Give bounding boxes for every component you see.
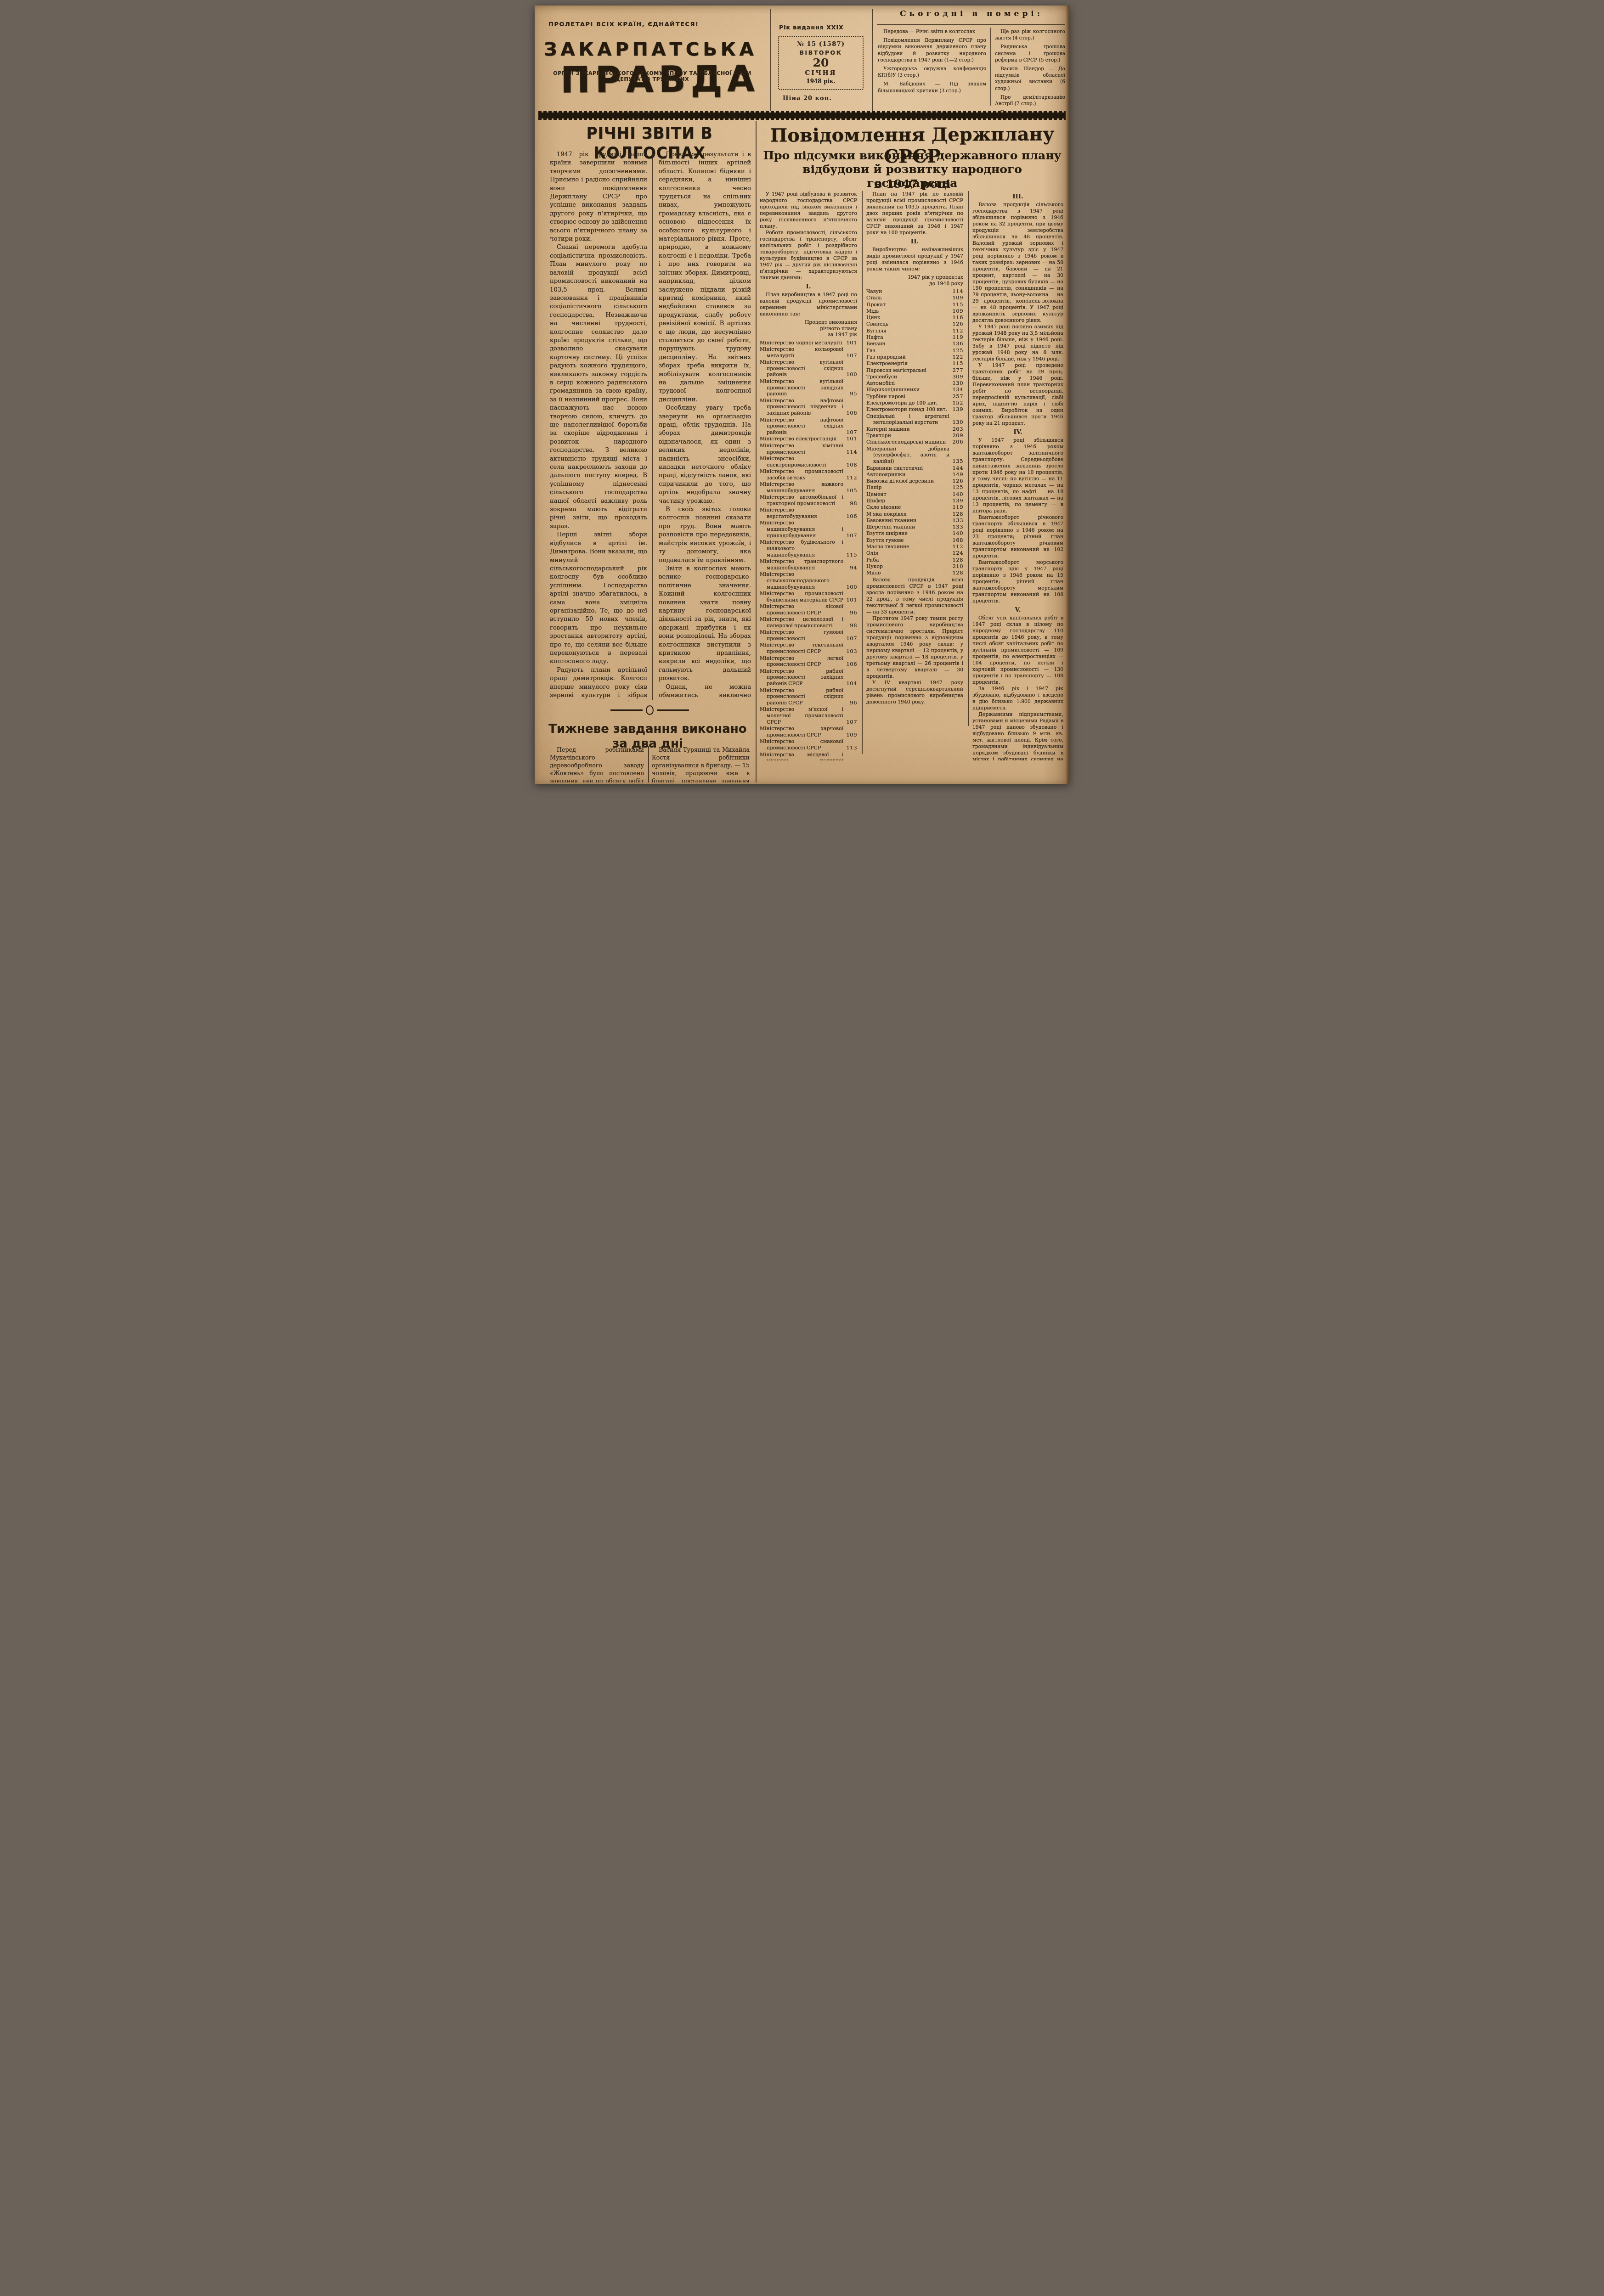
product-name: Мінеральні добрива (суперфосфат, азотні … (866, 446, 949, 465)
report-paragraph: Обсяг усіх капітальних робіт в 1947 році… (972, 615, 1063, 686)
product-value: 115 (953, 302, 963, 308)
report-column-c: III. Валова продукція сільського господа… (972, 191, 1063, 760)
product-row: Газ 125 (866, 348, 963, 354)
product-name: Цемент (866, 491, 887, 497)
ministry-row: Міністерство хімічної промисловості 114 (760, 443, 857, 456)
product-value: 125 (953, 484, 963, 491)
ministry-row: Міністерство вугільної промисловості схі… (760, 359, 857, 378)
product-value: 133 (953, 524, 963, 530)
product-row: Мідь 109 (866, 308, 963, 315)
report-subtitle-year: в 1947 році (761, 177, 1064, 191)
product-name: Бензин (866, 341, 886, 347)
ministry-name: Міністерство електропромисловості (760, 456, 826, 468)
product-value: 210 (953, 563, 963, 570)
ministry-name: Міністерство будівельного і шляхового ма… (760, 539, 843, 558)
product-value: 136 (953, 341, 963, 347)
product-row: Бавовняні тканини 133 (866, 518, 963, 524)
ministry-value: 103 (847, 648, 857, 655)
report-section-5: V. (972, 607, 1063, 613)
ministry-name: Міністерство важкого машинобудування (760, 481, 843, 494)
ministry-value: 100 (847, 584, 857, 591)
product-row: Шарикопідшипники 134 (866, 387, 963, 393)
product-row: Мило 128 (866, 570, 963, 576)
ministry-name: Міністерство кольорової металургії (760, 346, 843, 359)
ministry-name: Міністерство промисловості засобів зв'яз… (760, 468, 843, 481)
report-paragraph: Виробництво найважливіших видів промисло… (866, 247, 963, 272)
report-paragraph: У 1947 році відбудова й розвиток народно… (760, 191, 857, 230)
newspaper-front-page: ПРОЛЕТАРІ ВСІХ КРАЇН, ЄДНАЙТЕСЯ! ЗАКАРПА… (535, 6, 1069, 784)
product-row: Вивозка ділової деревини 126 (866, 478, 963, 484)
product-row: Масло тваринне 112 (866, 544, 963, 550)
ministry-row: Міністерство целюлозної і паперової пром… (760, 616, 857, 629)
ministry-row: Міністерство електростанцій 101 (760, 436, 857, 442)
product-value: 119 (953, 334, 963, 341)
ministry-name: Міністерство целюлозної і паперової пром… (760, 616, 843, 629)
page-right-edge-shadow (1066, 6, 1069, 784)
divider-date-today (872, 9, 873, 111)
ministry-name: Міністерство гумової промисловості (760, 629, 843, 642)
product-name: Газ природний (866, 354, 906, 360)
ministry-row: Міністерство промисловості засобів зв'яз… (760, 468, 857, 481)
product-value: 128 (953, 511, 963, 518)
product-name: Мило (866, 570, 881, 576)
ministry-row: Міністерство харчової промисловості СРСР… (760, 726, 857, 738)
lead-paragraph: Славні перемоги здобула соціалістична пр… (550, 243, 647, 531)
product-value: 109 (953, 295, 963, 301)
ministry-name: Міністерства місцевої і місцевої паливно… (760, 752, 843, 761)
product-row: Спеціальні і агрегатні металорізальні ве… (866, 413, 963, 426)
lead-article-column-1: 1947 рік трудящі нашої країни завершили … (550, 151, 647, 701)
ministry-name: Міністерство рибної промисловості східни… (760, 687, 843, 706)
ministry-value: 106 (847, 513, 857, 520)
today-item: Повідомлення Держплану СРСР про підсумки… (878, 37, 986, 63)
ministry-row: Міністерство лісової промисловості СРСР … (760, 603, 857, 616)
product-row: Сільськогосподарські машини 206 (866, 439, 963, 445)
product-value: 139 (953, 406, 963, 413)
ministry-name: Міністерство лісової промисловості СРСР (760, 603, 843, 616)
report-paragraph: У 1947 році посіяно озимих під урожай 19… (972, 324, 1063, 362)
product-row: Вугілля 112 (866, 328, 963, 334)
product-row: Взуття шкіряне 140 (866, 530, 963, 537)
report-column-a: У 1947 році відбудова й розвиток народно… (760, 191, 857, 760)
today-item: Радянська грошова система і грошова рефо… (995, 44, 1065, 63)
issue-price: Ціна 20 коп. (783, 95, 861, 102)
ministry-name: Міністерство текстильної промисловості С… (760, 642, 843, 654)
ministry-value: 109 (847, 732, 857, 738)
ministry-name: Міністерство легкої промисловості СРСР (760, 655, 843, 668)
product-name: Масло тваринне (866, 544, 909, 550)
today-item: Ужгородська окружна конференція КП(б)У (… (878, 66, 986, 79)
report-paragraph: Вантажооборот морського транспорту зріс … (972, 559, 1063, 604)
product-name: Електромотори понад 100 квт. (866, 406, 947, 412)
ministry-row: Міністерство нафтової промисловості схід… (760, 417, 857, 436)
ministries-table: Міністерство чорної металургії 101 Мініс… (760, 340, 857, 761)
ministry-row: Міністерство рибної промисловості східни… (760, 687, 857, 706)
ministry-value: 113 (847, 745, 857, 751)
report-column-b: План на 1947 рік по валовій продукції вс… (866, 191, 963, 760)
lead-paragraph: 1947 рік трудящі нашої країни завершили … (550, 151, 647, 243)
ministry-name: Міністерство хімічної промисловості (760, 443, 843, 455)
ministry-value: 108 (847, 462, 857, 468)
ministry-value: 106 (847, 661, 857, 668)
products-table-header: 1947 рік у процентах до 1946 року (866, 274, 963, 287)
report-paragraph: У 1947 році проведено тракторних робіт н… (972, 362, 1063, 427)
report-section-2: II. (866, 238, 963, 245)
product-name: Турбіни парові (866, 394, 905, 400)
ministry-value: 96 (850, 610, 857, 616)
divider-lead-report (756, 121, 757, 782)
product-name: Газ (866, 348, 875, 354)
report-section-4: IV. (972, 429, 1063, 435)
ministry-name: Міністерство нафтової промисловості схід… (760, 417, 843, 436)
week-paragraph: Перед робітниками Мукачівського деревооб… (550, 746, 644, 782)
product-value: 114 (953, 288, 963, 295)
ministry-value: 105 (847, 488, 857, 494)
product-name: Катерні машини (866, 426, 910, 432)
ministry-name: Міністерство рибної промисловості західн… (760, 668, 843, 687)
report-paragraph: За 1946 рік і 1947 рік збудовано, відбуд… (972, 686, 1063, 711)
ministry-row: Міністерство будівельного і шляхового ма… (760, 539, 857, 558)
product-value: 112 (953, 544, 963, 550)
product-name: Шифер (866, 498, 885, 504)
product-row: Цукор 210 (866, 563, 963, 570)
product-value: 206 (953, 439, 963, 445)
product-value: 109 (953, 308, 963, 315)
product-name: Свинець (866, 321, 888, 327)
product-name: Шарикопідшипники (866, 387, 920, 393)
product-value: 134 (953, 387, 963, 393)
product-value: 140 (953, 491, 963, 498)
ministry-value: 101 (847, 340, 857, 346)
ornament-line-left (610, 709, 643, 711)
product-row: Цемент 140 (866, 491, 963, 498)
product-row: Барвники синтетичні 144 (866, 465, 963, 472)
product-value: 112 (953, 328, 963, 334)
ministry-name: Міністерство промисловості будівельних м… (760, 591, 843, 603)
today-item: М. Бабідорич — Під знаком більшовицької … (878, 81, 986, 94)
product-value: 130 (953, 419, 963, 426)
report-paragraph: Валова продукція всієї промисловості СРС… (866, 577, 963, 615)
product-row: Трактори 209 (866, 433, 963, 439)
product-row: Цинк 116 (866, 315, 963, 321)
ministry-name: Міністерство автомобільної і тракторної … (760, 494, 843, 506)
ministry-row: Міністерство транспортного машинобудуван… (760, 558, 857, 571)
lead-paragraph: Звіти в колгоспах мають велике господарс… (659, 565, 751, 683)
product-row: М'яка покрівля 128 (866, 511, 963, 518)
lead-paragraph: Перші звітні збори відбулися в артілі ім… (550, 531, 647, 666)
product-row: Папір 125 (866, 484, 963, 491)
ministry-row: Міністерство електропромисловості 108 (760, 456, 857, 468)
week-paragraph: Василя Туряниці та Михайла Костя робітни… (652, 746, 750, 782)
product-value: 130 (953, 380, 963, 387)
report-col-b-bottom: Валова продукція всієї промисловості СРС… (866, 577, 963, 705)
report-paragraph: У IV кварталі 1947 року досягнутий серед… (866, 680, 963, 705)
product-row: Свинець 126 (866, 321, 963, 327)
ministry-value: 95 (850, 391, 857, 397)
product-row: Чавун 114 (866, 288, 963, 295)
product-value: 128 (953, 570, 963, 576)
ministry-name: Міністерство чорної металургії (760, 340, 842, 346)
report-section-1: I. (760, 283, 857, 290)
ministry-value: 98 (850, 501, 857, 507)
ministry-row: Міністерство легкої промисловості СРСР 1… (760, 655, 857, 668)
product-row: Автомобілі 130 (866, 380, 963, 387)
report-paragraph: Валова продукція сільського господарства… (972, 202, 1063, 324)
ministry-value: 107 (847, 353, 857, 359)
ministry-row: Міністерство гумової промисловості 107 (760, 629, 857, 642)
ministry-value: 100 (847, 371, 857, 378)
product-row: Катерні машини 263 (866, 426, 963, 433)
section-ornament (590, 705, 709, 715)
product-row: Прокат 115 (866, 302, 963, 308)
today-item: Передова — Річні звіти в колгоспах (878, 28, 986, 35)
product-row: Бензин 136 (866, 341, 963, 347)
report-col-c-s3: Валова продукція сільського господарства… (972, 202, 1063, 427)
week-article-column-2: Василя Туряниці та Михайла Костя робітни… (652, 746, 750, 782)
product-name: Сільськогосподарські машини (866, 439, 946, 445)
product-value: 133 (953, 518, 963, 524)
ministry-row: Міністерство смакової промисловості СРСР… (760, 738, 857, 751)
product-value: 139 (953, 498, 963, 504)
week-article-column-1: Перед робітниками Мукачівського деревооб… (550, 746, 644, 782)
ministry-value: 101 (847, 436, 857, 442)
product-name: Електромотори до 100 квт. (866, 400, 938, 406)
ministry-name: Міністерство верстатобудування (760, 507, 817, 519)
ornament-circle (646, 705, 654, 715)
today-in-issue-header: Сьогодні в номері: (877, 9, 1066, 18)
product-name: Скло віконне (866, 504, 901, 510)
ministry-value: 94 (850, 565, 857, 571)
ministry-value: 107 (847, 719, 857, 726)
issue-weekday: ВІВТОРОК (779, 49, 863, 56)
product-name: Трактори (866, 433, 891, 439)
report-plan-text: План виробництва в 1947 році по валовій … (760, 292, 857, 317)
product-row: Взуття гумове 168 (866, 537, 963, 544)
divider-report-col-b-c (968, 191, 969, 726)
product-value: 144 (953, 465, 963, 472)
ministry-value: 96 (850, 700, 857, 706)
product-name: Сталь (866, 295, 881, 301)
product-row: Автопокришки 149 (866, 472, 963, 478)
ministry-value: 112 (847, 475, 857, 481)
ministry-name: Міністерство транспортного машинобудуван… (760, 558, 843, 571)
lead-paragraph: Радують плани артільної праці димитровці… (550, 666, 647, 701)
product-name: Взуття шкіряне (866, 530, 908, 536)
ministry-value: 107 (847, 533, 857, 539)
ministry-name: Міністерство харчової промисловості СРСР (760, 726, 843, 738)
ministry-name: Міністерство сільськогосподарського маши… (760, 571, 830, 590)
product-name: Чавун (866, 288, 882, 294)
product-value: 140 (953, 530, 963, 537)
product-value: 124 (953, 550, 963, 557)
report-paragraph: У 1947 році збільшився порівняно з 1946 … (972, 437, 1063, 514)
ministry-value: 104 (847, 681, 857, 687)
product-name: Прокат (866, 302, 886, 308)
product-row: Турбіни парові 257 (866, 394, 963, 400)
product-row: Газ природний 122 (866, 354, 963, 360)
product-row: Шифер 139 (866, 498, 963, 504)
product-row: Мінеральні добрива (суперфосфат, азотні … (866, 446, 963, 465)
product-value: 149 (953, 472, 963, 478)
product-row: Шерстяні тканини 133 (866, 524, 963, 530)
product-value: 257 (953, 394, 963, 400)
product-name: Риба (866, 557, 879, 563)
product-value: 277 (953, 367, 963, 374)
ministry-name: Міністерство машинобудування і приладобу… (760, 520, 843, 539)
report-paragraph: Робота промисловості, сільського господа… (760, 230, 857, 281)
issue-number: № 15 (1587) (779, 40, 863, 48)
ministry-value: 106 (847, 410, 857, 416)
product-value: 125 (953, 348, 963, 354)
product-value: 263 (953, 426, 963, 433)
lead-article-column-2: Прекрасні результати і в більшості інших… (659, 151, 751, 701)
ministry-row: Міністерство вугільної промисловості зах… (760, 378, 857, 397)
ministry-row: Міністерство нафтової промисловості півд… (760, 398, 857, 416)
product-row: Олія 124 (866, 550, 963, 557)
products-table: Чавун 114 Сталь 109 Прокат 115 Мідь 109 (866, 288, 963, 576)
report-col-a-intro: У 1947 році відбудова й розвиток народно… (760, 191, 857, 281)
product-row: Електромотори до 100 квт. 152 (866, 400, 963, 406)
divider-week-columns (648, 746, 649, 782)
ministry-row: Міністерство автомобільної і тракторної … (760, 494, 857, 507)
divider-lead-columns (652, 151, 653, 700)
edition-year: Рік видання XXIX (779, 24, 866, 31)
product-name: Автопокришки (866, 472, 905, 478)
report-paragraph: Протягом 1947 року темпи росту промислов… (866, 615, 963, 680)
newspaper-title-line1: ЗАКАРПАТСЬКА (544, 39, 757, 60)
product-row: Скло віконне 119 (866, 504, 963, 511)
product-name: Мідь (866, 308, 879, 314)
product-row: Нафта 119 (866, 334, 963, 341)
ornament-line-right (657, 709, 689, 711)
lead-paragraph: Прекрасні результати і в більшості інших… (659, 151, 751, 404)
product-row: Електроенергія 115 (866, 360, 963, 367)
ministry-value: 115 (847, 552, 857, 558)
today-header-rule (877, 24, 1065, 25)
today-items-right: Ще раз ріж колгоспного життя (4 стор.)Ра… (995, 28, 1065, 111)
report-section-3: III. (972, 193, 1063, 200)
ministry-value: 114 (847, 449, 857, 456)
product-value: 135 (953, 458, 963, 465)
product-name: Папір (866, 484, 881, 490)
product-name: Бавовняні тканини (866, 518, 916, 523)
product-name: Цукор (866, 563, 883, 569)
ministry-row: Міністерство важкого машинобудування 105 (760, 481, 857, 494)
product-value: 119 (953, 504, 963, 511)
masthead-slogan: ПРОЛЕТАРІ ВСІХ КРАЇН, ЄДНАЙТЕСЯ! (548, 21, 699, 28)
report-paragraph: Державними підприємствами, установами й … (972, 711, 1063, 760)
ministry-value: 98 (850, 623, 857, 629)
product-value: 126 (953, 478, 963, 484)
report-col-c-s4: У 1947 році збільшився порівняно з 1946 … (972, 437, 1063, 604)
divider-masthead-date (770, 9, 771, 111)
issue-day: 20 (779, 57, 863, 68)
lead-paragraph: В своїх звітах голови колгоспів повинні … (659, 506, 751, 565)
ministry-name: Міністерство м'ясної і молочної промисло… (760, 706, 843, 725)
product-name: Автомобілі (866, 380, 895, 386)
product-value: 126 (953, 321, 963, 327)
product-value: 152 (953, 400, 963, 406)
product-name: М'яка покрівля (866, 511, 907, 517)
product-value: 116 (953, 315, 963, 321)
ministry-row: Міністерство верстатобудування 106 (760, 507, 857, 520)
ministry-name: Міністерство вугільної промисловості зах… (760, 378, 843, 397)
ministries-table-header: Процент виконання річного плану за 1947 … (760, 319, 857, 338)
product-name: Паровози магістральні (866, 367, 926, 373)
product-name: Шерстяні тканини (866, 524, 915, 530)
product-name: Барвники синтетичні (866, 465, 923, 471)
product-value: 115 (953, 360, 963, 367)
ministry-row: Міністерство промисловості будівельних м… (760, 591, 857, 603)
product-row: Електромотори понад 100 квт. 139 (866, 406, 963, 413)
product-row: Сталь 109 (866, 295, 963, 301)
product-value: 209 (953, 433, 963, 439)
ministry-name: Міністерство вугільної промисловості схі… (760, 359, 843, 378)
issue-month: СІЧНЯ (779, 69, 863, 77)
ministry-value: 107 (847, 636, 857, 642)
today-items-left: Передова — Річні звіти в колгоспахПовідо… (878, 28, 986, 111)
ministry-row: Міністерство сільськогосподарського маши… (760, 571, 857, 590)
lead-paragraph: Однак, не можна обмежитись виключно підв… (659, 683, 751, 701)
report-paragraph: Вантажооборот річкового транспорту збіль… (972, 514, 1063, 559)
product-name: Взуття гумове (866, 537, 904, 543)
ministry-row: Міністерство чорної металургії 101 (760, 340, 857, 346)
today-item: Про демілітаризацію Австрії (7 стор.) (995, 94, 1065, 107)
product-name: Вивозка ділової деревини (866, 478, 934, 484)
ministry-value: 107 (847, 429, 857, 436)
product-row: Тролейбуси 309 (866, 374, 963, 380)
ministry-row: Міністерство м'ясної і молочної промисло… (760, 706, 857, 725)
divider-report-col-a-b (862, 191, 863, 754)
product-name: Вугілля (866, 328, 887, 334)
product-value: 168 (953, 537, 963, 544)
ministry-name: Міністерство електростанцій (760, 436, 837, 442)
ministry-name: Міністерство смакової промисловості СРСР (760, 738, 843, 751)
product-name: Тролейбуси (866, 374, 897, 380)
product-row: Риба 128 (866, 557, 963, 563)
product-name: Нафта (866, 334, 883, 340)
product-name: Цинк (866, 315, 881, 321)
lead-paragraph: Особливу увагу треба звернути на організ… (659, 404, 751, 506)
masthead-separator-bar (538, 113, 1066, 118)
report-paragraph: План на 1947 рік по валовій продукції вс… (866, 191, 963, 236)
issue-year: 1948 рік. (779, 78, 863, 84)
product-name: Електроенергія (866, 360, 908, 366)
divider-today-columns (990, 28, 991, 106)
product-value: 309 (953, 374, 963, 380)
ministry-value: 101 (847, 597, 857, 603)
product-value: 128 (953, 557, 963, 563)
product-name: Спеціальні і агрегатні металорізальні ве… (866, 413, 949, 426)
today-item: Василь Шандор — До підсумків обласної ху… (995, 66, 1065, 92)
ministry-row: Міністерства місцевої і місцевої паливно… (760, 752, 857, 761)
report-col-c-s5: Обсяг усіх капітальних робіт в 1947 році… (972, 615, 1063, 760)
ministry-row: Міністерство рибної промисловості західн… (760, 668, 857, 687)
ministry-row: Міністерство текстильної промисловості С… (760, 642, 857, 655)
masthead-organ-line: ОРГАН ЗАКАРПАТСЬКОГО ОБКОМУ КП(б)У ТА ОБ… (545, 70, 760, 82)
today-item: Ще раз ріж колгоспного життя (4 стор.) (995, 28, 1065, 41)
issue-date-box: № 15 (1587) ВІВТОРОК 20 СІЧНЯ 1948 рік. (778, 36, 864, 90)
ministry-name: Міністерство нафтової промисловості півд… (760, 398, 843, 416)
ministry-row: Міністерство машинобудування і приладобу… (760, 520, 857, 539)
product-value: 122 (953, 354, 963, 360)
product-row: Паровози магістральні 277 (866, 367, 963, 374)
product-name: Олія (866, 550, 878, 556)
ministry-row: Міністерство кольорової металургії 107 (760, 346, 857, 359)
